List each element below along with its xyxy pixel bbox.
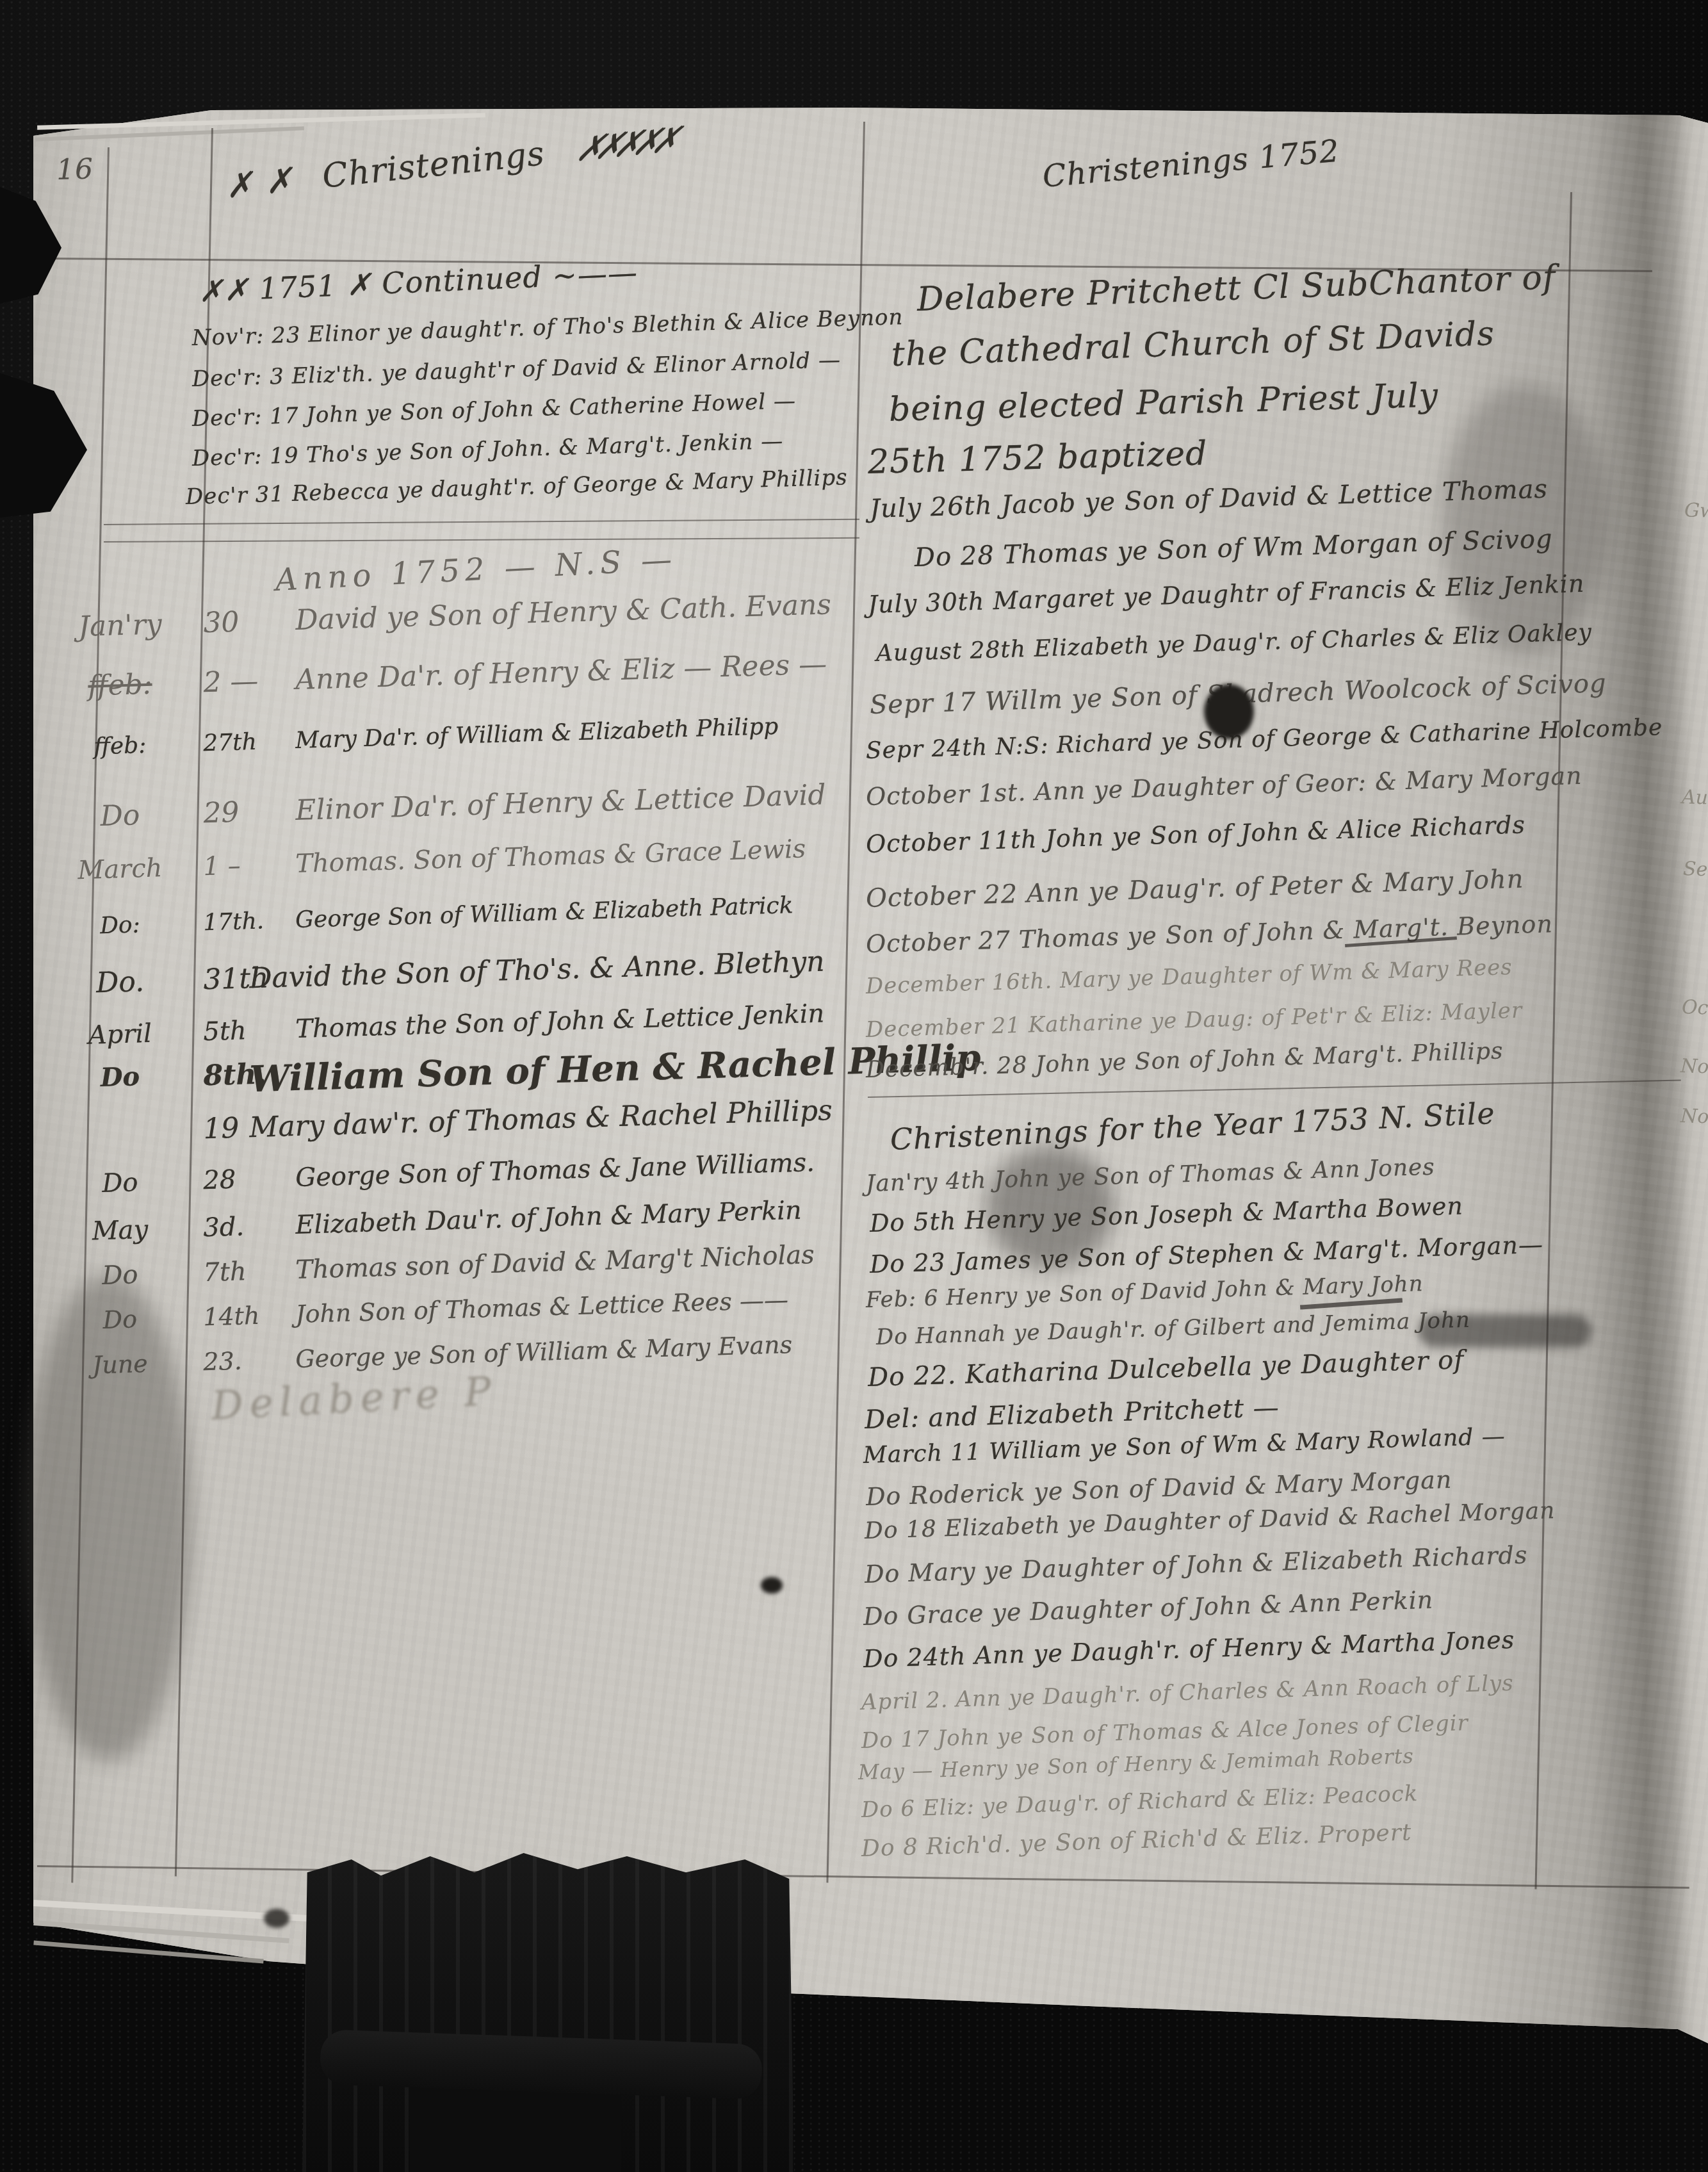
month-label: Do [45,797,195,835]
ink-blot [1204,684,1254,739]
next-page-text-fragment: Gw [1684,499,1708,523]
day-label: 30 [203,604,292,639]
day-label: 3d. [203,1211,292,1243]
ink-spot [264,1909,289,1928]
day-label: 23. [203,1345,292,1376]
day-label: 14th [203,1300,292,1331]
month-label: Jan'ry [45,607,195,644]
day-label: 5th [203,1015,292,1047]
month-label: ffeb: [45,667,195,704]
day-label: 29 [203,794,292,829]
next-page-text-fragment: Aug [1681,786,1708,810]
ink-spot [761,1577,783,1594]
month-label: Do: [45,910,195,941]
ink-smudge [1419,1314,1591,1348]
day-label: 2 — [203,664,292,699]
heading-cross-marks: ✗ ✗ [224,161,295,206]
next-page-text-fragment: Sep [1682,858,1708,881]
month-label: May [45,1214,195,1248]
month-label: Do [45,1303,195,1336]
next-page-text-fragment: Nov [1680,1105,1708,1129]
next-page-text-fragment: Nov [1680,1055,1708,1079]
month-label: April [45,1018,195,1052]
day-label: 7th [203,1255,292,1287]
month-label: Do [45,1166,195,1200]
day-label: 17th. [203,907,292,936]
page-number: 16 [56,152,94,186]
month-label: ffeb: [45,731,195,762]
day-label: 27th [203,728,292,756]
month-label: Do. [45,964,195,1001]
month-label: Do [45,1259,195,1293]
paper-stain [1441,384,1607,653]
day-label: 28 [203,1163,292,1195]
next-page-text-fragment: Oct [1681,996,1708,1020]
day-label: 1 – [203,849,292,881]
month-label: June [45,1348,195,1381]
month-label: March [45,853,195,886]
photograph-of-parish-register: { "page": { "number": "16", "header_left… [0,0,1708,2172]
month-label: Do [45,1060,195,1095]
